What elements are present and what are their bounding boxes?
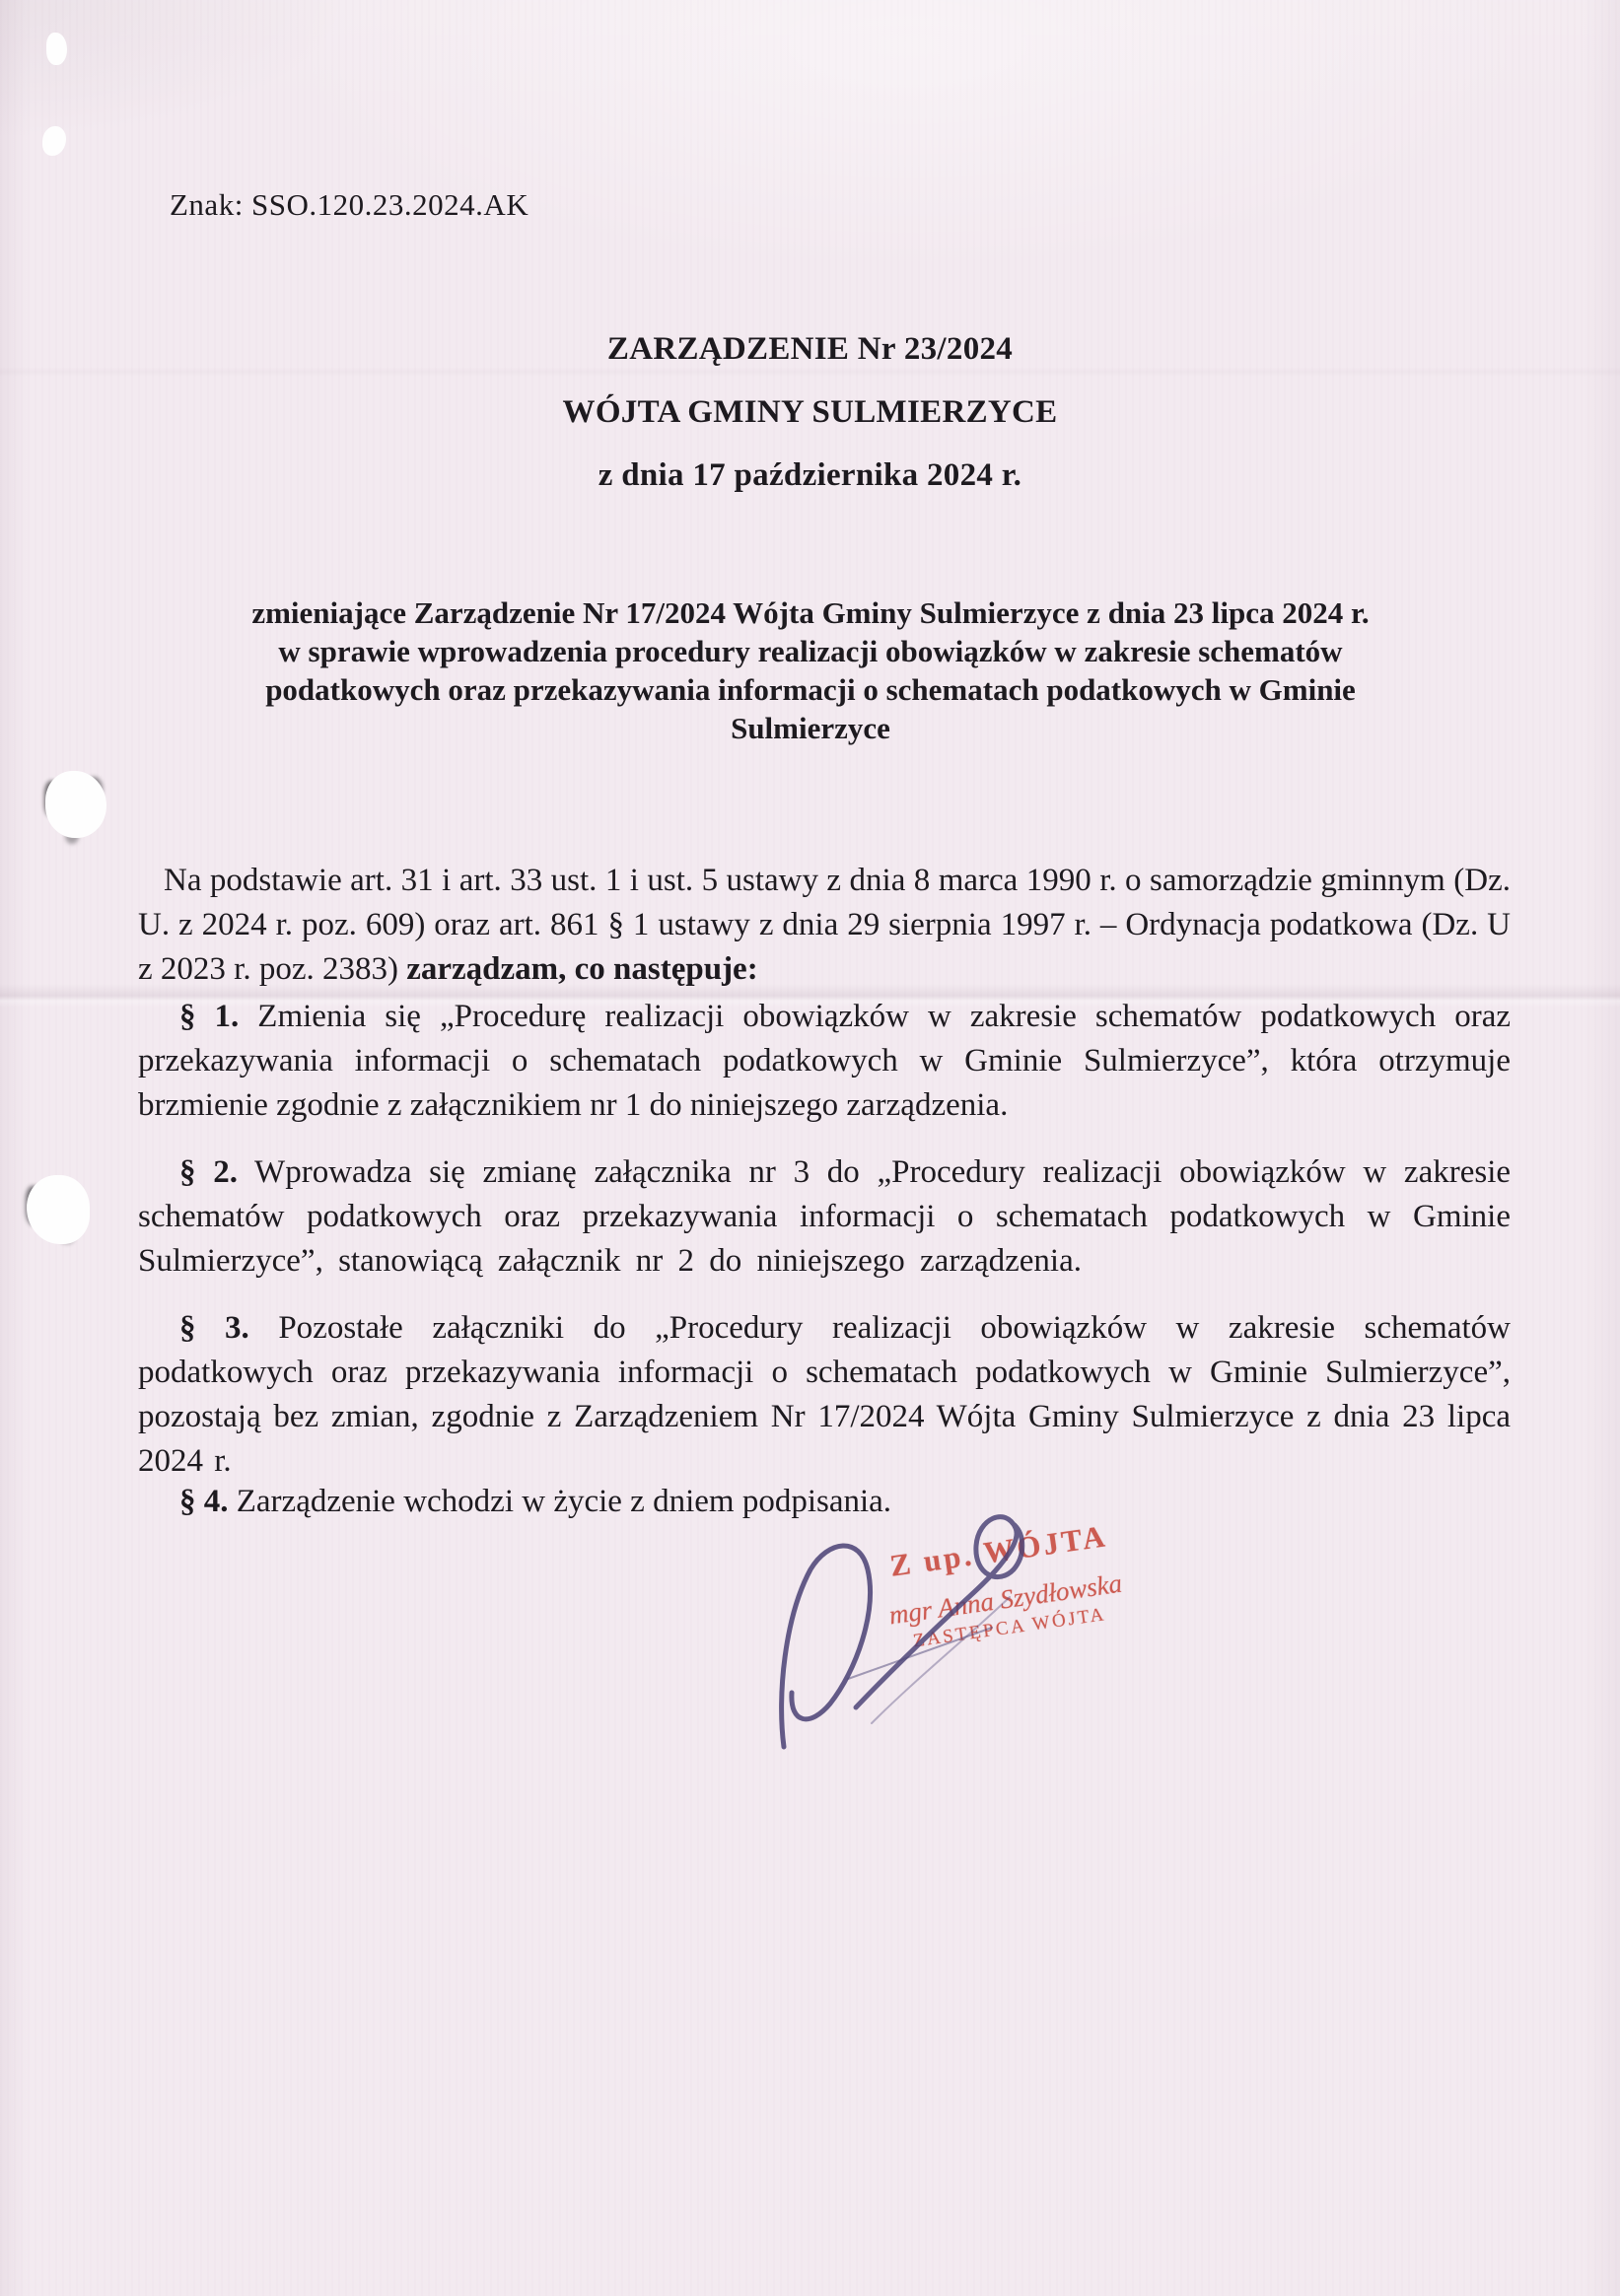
document-title-issuer: WÓJTA GMINY SULMIERZYCE (0, 394, 1620, 431)
correction-fluid-patch (46, 33, 67, 65)
subject-line: Sulmierzyce (155, 709, 1466, 747)
correction-fluid-patch (27, 1175, 90, 1244)
section-1-paragraph: § 1. Zmienia się „Procedurę realizacji o… (138, 995, 1511, 1128)
section-2-number: § 2. (179, 1154, 238, 1190)
correction-fluid-patch (45, 771, 106, 838)
section-3-text: Pozostałe załączniki do „Procedury reali… (138, 1310, 1511, 1479)
document-title-date: z dnia 17 października 2024 r. (0, 457, 1620, 494)
document-subject: zmieniające Zarządzenie Nr 17/2024 Wójta… (155, 593, 1466, 747)
section-3-paragraph: § 3. Pozostałe załączniki do „Procedury … (138, 1306, 1511, 1484)
legal-basis-bold: zarządzam, co następuje: (406, 951, 758, 987)
section-2-paragraph: § 2. Wprowadza się zmianę załącznika nr … (138, 1150, 1511, 1284)
subject-line: podatkowych oraz przekazywania informacj… (155, 670, 1466, 709)
legal-basis-text: Na podstawie art. 31 i art. 33 ust. 1 i … (138, 863, 1511, 987)
section-1-number: § 1. (179, 999, 239, 1034)
deputy-mayor-stamp: Z up. WÓJTA mgr Anna Szydłowska ZASTĘPCA… (840, 1511, 1167, 1660)
section-4-paragraph: § 4. Zarządzenie wchodzi w życie z dniem… (138, 1480, 1511, 1524)
reference-number: Znak: SSO.120.23.2024.AK (170, 187, 528, 223)
section-2-text: Wprowadza się zmianę załącznika nr 3 do … (138, 1154, 1511, 1279)
section-4-number: § 4. (179, 1484, 229, 1519)
document-title-number: ZARZĄDZENIE Nr 23/2024 (0, 331, 1620, 368)
scanned-document-page: Znak: SSO.120.23.2024.AK ZARZĄDZENIE Nr … (0, 0, 1620, 2296)
section-1-text: Zmienia się „Procedurę realizacji obowią… (138, 999, 1511, 1123)
legal-basis-paragraph: Na podstawie art. 31 i art. 33 ust. 1 i … (138, 859, 1511, 992)
subject-line: w sprawie wprowadzenia procedury realiza… (155, 632, 1466, 670)
section-4-text: Zarządzenie wchodzi w życie z dniem podp… (229, 1484, 892, 1519)
section-3-number: § 3. (179, 1310, 249, 1346)
paper-fold-crease-faint (0, 367, 1620, 377)
correction-fluid-patch (42, 126, 66, 156)
subject-line: zmieniające Zarządzenie Nr 17/2024 Wójta… (155, 593, 1466, 632)
